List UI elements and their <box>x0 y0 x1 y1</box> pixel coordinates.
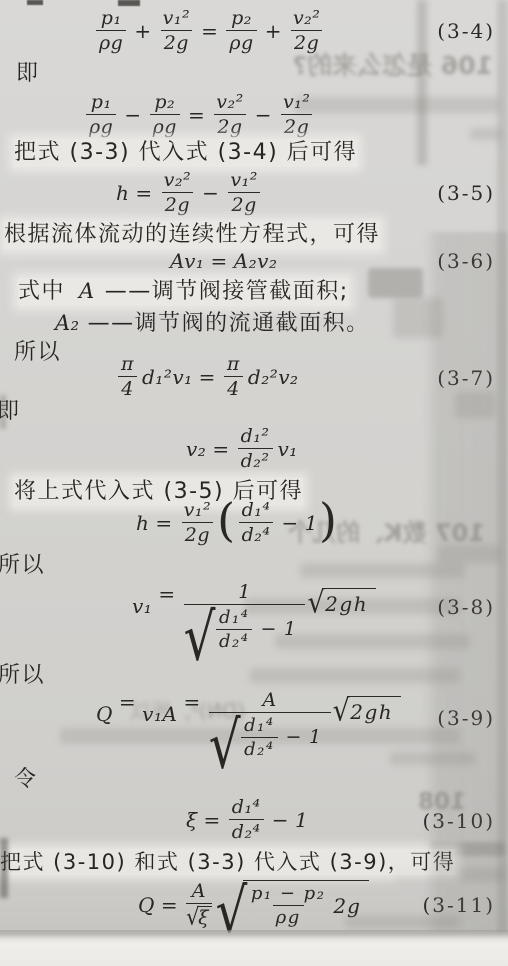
eq-number-3-8: (3-8) <box>437 595 495 619</box>
radical-icon: √ <box>216 880 248 943</box>
text-line-suoyi-2: 所以 <box>0 552 45 580</box>
denominator: d₂⁴ <box>239 522 274 546</box>
page-edge-artifact <box>27 0 43 5</box>
eq-number-3-11: (3-11) <box>422 893 495 917</box>
denominator: ρg <box>226 30 256 54</box>
eq-number-3-6: (3-6) <box>437 249 495 273</box>
numerator: v₁² <box>280 92 313 114</box>
variable-v1: v₁ <box>278 437 298 461</box>
formula-pressure-difference: p₁ ρg − p₂ ρg = v₂² 2g − v₁² 2g <box>84 92 315 138</box>
formula-continuity-3-6: Av₁ = A₂v₂ <box>170 249 278 273</box>
ghost-blur-bar <box>390 752 475 765</box>
eq-number-3-7: (3-7) <box>437 366 495 390</box>
numerator: v₂² <box>161 170 194 192</box>
square-root: √ p₁ − p₂ ρg 2g <box>216 880 369 930</box>
fraction: p₁ − p₂ ρg <box>248 884 329 928</box>
radicand: d₁⁴ d₂⁴ − 1 <box>236 713 330 760</box>
fraction: d₁² d₂² <box>238 426 273 472</box>
text-line-substitute-3-3: 把式 (3-3) 代入式 (3-4) 后可得 <box>14 139 357 167</box>
term-2g: 2g <box>333 894 361 918</box>
formula-flow-final-3-11: Q = A √ ξ √ p₁ − p₂ ρg 2g <box>138 880 369 930</box>
equals-sign: = <box>212 437 229 461</box>
ghost-blur-bar <box>393 298 443 338</box>
fraction: d₁⁴ d₂⁴ <box>229 797 264 843</box>
formula-bernoulli-3-4: p₁ ρg + v₁² 2g = p₂ ρg + v₂² 2g <box>94 8 325 54</box>
number-one: 1 <box>305 511 318 535</box>
radicand: 2gh <box>347 696 401 724</box>
right-paren: ) <box>319 501 337 540</box>
numerator: A <box>260 690 280 712</box>
fraction: π 4 <box>224 354 243 400</box>
fraction: d₁⁴ d₂⁴ <box>216 608 252 652</box>
radical-icon: √ <box>184 605 216 670</box>
text-line-where-a2: A₂——调节阀的流通截面积。 <box>55 310 370 338</box>
fraction: v₁² 2g <box>280 92 313 138</box>
page-edge-artifact <box>118 0 140 6</box>
where-label: 式中 <box>18 279 65 304</box>
variable-h: h <box>136 511 149 535</box>
text-line-ji-2: 即 <box>0 398 21 426</box>
denominator: 4 <box>224 376 243 400</box>
fraction: p₁ ρg <box>96 8 126 54</box>
fraction: 1 √ d₁⁴ d₂⁴ − 1 <box>184 582 306 655</box>
equals-sign: = <box>210 249 227 273</box>
numerator: v₂² <box>290 8 323 30</box>
variable-xi: ξ <box>186 808 198 832</box>
numerator: d₁² <box>238 426 273 448</box>
denominator: d₂⁴ <box>229 819 264 843</box>
formula-flow-3-9: Q = v₁A = A √ d₁⁴ d₂⁴ − 1 <box>96 690 401 763</box>
numerator: d₁⁴ <box>239 500 274 522</box>
minus-sign: − <box>281 511 298 535</box>
radical-icon: √ <box>333 696 351 726</box>
variable-Q: Q <box>96 702 113 726</box>
radical-icon: √ <box>209 713 241 778</box>
numerator: A <box>189 881 209 903</box>
denominator: √ ξ <box>186 903 211 929</box>
square-root: √ ξ <box>186 904 211 929</box>
denominator: ρg <box>86 114 116 138</box>
numerator: 1 <box>235 582 254 604</box>
term-a2v2: A₂v₂ <box>234 249 278 273</box>
numerator: π <box>118 354 137 376</box>
fraction: v₁² 2g <box>181 500 214 546</box>
definition-A2: ——调节阀的流通截面积。 <box>88 311 370 336</box>
term-d1v1: d₁²v₁ <box>142 365 193 389</box>
text-line-continuity: 根据流体流动的连续性方程式，可得 <box>4 221 380 249</box>
variable-A2: A₂ <box>55 311 80 335</box>
eq-number-3-4: (3-4) <box>437 19 495 43</box>
denominator: ρg <box>273 905 304 928</box>
text-line-ji-1: 即 <box>16 60 40 88</box>
formula-areas-3-7: π 4 d₁²v₁ = π 4 d₂²v₂ <box>116 354 299 400</box>
radical-icon: √ <box>307 588 325 618</box>
fraction: p₂ ρg <box>226 8 256 54</box>
equals-sign: = <box>155 511 172 535</box>
equals-sign: = <box>119 690 136 714</box>
plus-sign: + <box>134 19 151 43</box>
minus-sign: − <box>272 808 289 832</box>
fraction: v₁² 2g <box>160 8 193 54</box>
denominator: 2g <box>162 192 193 216</box>
denominator: 2g <box>182 522 213 546</box>
numerator: p₁ − p₂ <box>248 884 329 905</box>
fraction: π 4 <box>118 354 137 400</box>
formula-head-3-5: h = v₂² 2g − v₁² 2g <box>116 170 263 216</box>
ghost-blur-bar <box>368 268 423 298</box>
denominator: 2g <box>281 114 312 138</box>
numerator: d₁⁴ <box>241 716 277 737</box>
numerator: p₁ <box>88 92 115 114</box>
radicand: d₁⁴ d₂⁴ − 1 <box>211 605 305 652</box>
numerator: v₁² <box>160 8 193 30</box>
equals-sign: = <box>201 19 218 43</box>
numerator: v₁² <box>181 500 214 522</box>
scanned-book-page: 106 是怎么来的? 107 数K、的几个 108 (DN)²，所以 p₁ ρg… <box>0 0 508 966</box>
fraction: v₂² 2g <box>161 170 194 216</box>
formula-h-expanded: h = v₁² 2g ( d₁⁴ d₂⁴ − 1 ) <box>136 500 338 546</box>
square-root: √ 2gh <box>307 588 376 616</box>
equals-sign: = <box>183 690 200 714</box>
left-paren: ( <box>217 501 235 540</box>
denominator: d₂² <box>238 448 273 472</box>
number-one: 1 <box>309 727 323 748</box>
eq-number-3-9: (3-9) <box>437 706 495 730</box>
numerator: p₂ <box>151 92 178 114</box>
fraction: v₂² 2g <box>213 92 246 138</box>
denominator: 2g <box>228 192 259 216</box>
eq-number-3-5: (3-5) <box>437 181 495 205</box>
fraction: A √ ξ <box>186 881 211 929</box>
numerator: π <box>224 354 243 376</box>
radicand: p₁ − p₂ ρg 2g <box>243 880 369 928</box>
equals-sign: = <box>204 808 221 832</box>
text-line-where: 式中A——调节阀接管截面积; <box>18 278 349 306</box>
ghost-blur-bar <box>470 128 502 140</box>
numerator: v₂² <box>213 92 246 114</box>
numerator: p₂ <box>228 8 255 30</box>
minus-sign: − <box>124 103 141 127</box>
definition-A: ——调节阀接管截面积; <box>105 279 349 304</box>
variable-v1: v₁ <box>132 594 152 618</box>
equals-sign: = <box>158 582 175 606</box>
fraction: p₁ ρg <box>86 92 116 138</box>
ghost-blur-bar <box>438 545 500 563</box>
numerator: d₁⁴ <box>229 797 264 819</box>
ghost-blur-bar <box>250 668 460 683</box>
radical-icon: √ <box>186 906 200 929</box>
text-line-substitute-final: 把式 (3-10) 和式 (3-3) 代入式 (3-9)，可得 <box>0 849 455 875</box>
denominator: ρg <box>150 114 180 138</box>
minus-sign: − <box>286 727 303 748</box>
ghost-blur-bar <box>455 392 495 418</box>
formula-xi-3-10: ξ = d₁⁴ d₂⁴ − 1 <box>186 797 308 843</box>
denominator: 2g <box>161 30 192 54</box>
equals-sign: = <box>199 365 216 389</box>
term-d2v2: d₂²v₂ <box>248 365 299 389</box>
numerator: p₁ <box>98 8 125 30</box>
term-2gh: 2gh <box>325 592 368 616</box>
variable-A: A <box>79 279 95 303</box>
variable-h: h <box>116 181 129 205</box>
variable-v2: v₂ <box>186 437 206 461</box>
number-one: 1 <box>284 619 298 640</box>
square-root: √ d₁⁴ d₂⁴ − 1 <box>209 713 331 763</box>
minus-sign: − <box>260 619 277 640</box>
term-2gh: 2gh <box>350 700 393 724</box>
fraction: d₁⁴ d₂⁴ <box>239 500 274 546</box>
formula-v1-3-8: v₁ = 1 √ d₁⁴ d₂⁴ − 1 √ <box>132 582 376 655</box>
text-line-suoyi-3: 所以 <box>0 662 45 690</box>
denominator: √ d₁⁴ d₂⁴ − 1 <box>209 712 331 763</box>
scan-shading-right-edge <box>497 0 508 940</box>
minus-sign: − <box>202 181 219 205</box>
equals-sign: = <box>188 103 205 127</box>
ghost-blur-bar <box>300 563 465 578</box>
denominator: ρg <box>96 30 126 54</box>
fraction: v₂² 2g <box>290 8 323 54</box>
equals-sign: = <box>135 181 152 205</box>
term-v1A: v₁A <box>142 702 177 726</box>
denominator: 2g <box>291 30 322 54</box>
radicand: 2gh <box>322 588 376 616</box>
square-root: √ d₁⁴ d₂⁴ − 1 <box>184 605 306 655</box>
denominator: d₂⁴ <box>241 737 277 760</box>
minus-sign: − <box>255 103 272 127</box>
plus-sign: + <box>265 19 282 43</box>
text-line-suoyi-1: 所以 <box>14 339 61 367</box>
denominator: √ d₁⁴ d₂⁴ − 1 <box>184 604 306 655</box>
denominator: 4 <box>118 376 137 400</box>
equals-sign: = <box>161 893 178 917</box>
fraction: v₁² 2g <box>227 170 260 216</box>
page-bottom-edge <box>0 930 508 966</box>
variable-Q: Q <box>138 893 155 917</box>
term-av1: Av₁ <box>170 249 204 273</box>
denominator: 2g <box>214 114 245 138</box>
number-one: 1 <box>295 808 308 832</box>
scan-shading-top-strip <box>417 0 427 165</box>
square-root: √ 2gh <box>333 696 402 724</box>
numerator: v₁² <box>227 170 260 192</box>
ghost-blur-bar <box>295 97 500 113</box>
fraction: d₁⁴ d₂⁴ <box>241 716 277 760</box>
numerator: d₁⁴ <box>216 608 252 629</box>
eq-number-3-10: (3-10) <box>422 809 495 833</box>
text-line-ling: 令 <box>14 766 38 794</box>
denominator: d₂⁴ <box>216 629 252 652</box>
fraction: p₂ ρg <box>150 92 180 138</box>
formula-v2: v₂ = d₁² d₂² v₁ <box>186 426 298 472</box>
fraction: A √ d₁⁴ d₂⁴ − 1 <box>209 690 331 763</box>
